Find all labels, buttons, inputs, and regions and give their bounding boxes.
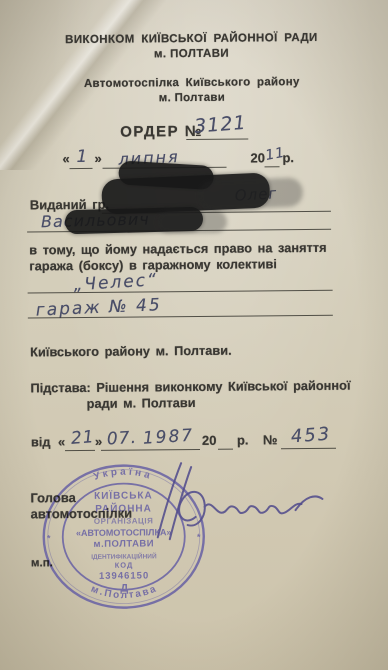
order-number-handwritten: 3121 (193, 112, 247, 138)
signature-stroke-main (179, 491, 302, 526)
stamp-star-left: * (47, 533, 51, 543)
decision-year-suffix: р. (237, 433, 249, 448)
basis-line1: Підстава: Рішення виконкому Київської ра… (30, 378, 350, 396)
decision-number-underline (281, 448, 336, 449)
order-form: ВИКОНКОМ КИЇВСЬКОЇ РАЙОННОЇ РАДИ м. ПОЛТ… (0, 0, 388, 670)
decision-year-handwritten: 1987 (142, 426, 194, 449)
decision-day-underline (65, 450, 95, 451)
decision-blank-underline (218, 449, 233, 450)
document-photo: ВИКОНКОМ КИЇВСЬКОЇ РАЙОННОЇ РАДИ м. ПОЛТ… (0, 0, 388, 670)
signature-stroke-slash1 (157, 463, 182, 537)
redaction-smear-patronymic (157, 211, 227, 234)
stamp-line9: Д (120, 583, 128, 595)
decision-prefix: від (31, 434, 51, 449)
basis-line2: ради м. Полтави (87, 395, 196, 411)
decision-day-handwritten: 21 (70, 427, 95, 449)
union-line1: Автомотоспілка Київського району (0, 75, 386, 90)
date-year-suffix: р. (282, 150, 294, 165)
decision-quote-open: « (58, 434, 65, 449)
order-number-underline (186, 139, 248, 141)
date-day-handwritten: 1 (76, 147, 88, 167)
date-century-printed: 20 (250, 150, 265, 165)
chairman-signature (119, 454, 335, 556)
issuer-line1: ВИКОНКОМ КИЇВСЬКОЇ РАЙОННОЇ РАДИ (0, 31, 385, 46)
stamp-line7: КОД (115, 561, 134, 570)
grant-line1: в тому, що йому надається право на занят… (29, 240, 326, 258)
decision-number-label: № (263, 432, 278, 447)
date-quote-open: « (62, 151, 69, 166)
decision-quote-close: » (95, 434, 102, 449)
decision-month-handwritten: 07. (106, 428, 137, 450)
decision-century-printed: 20 (202, 433, 217, 448)
issuer-line2: м. ПОЛТАВИ (0, 46, 386, 61)
district-line: Київського району м. Полтави. (30, 343, 232, 360)
redaction-smear-name (198, 177, 303, 211)
decision-number-handwritten: 453 (290, 423, 332, 447)
order-label: ОРДЕР № (120, 123, 203, 141)
date-day-underline (70, 168, 93, 169)
decision-date-underline (101, 449, 200, 451)
union-line2: м. Полтави (0, 90, 386, 105)
stamp-id-code: 13946150 (99, 570, 149, 581)
date-quote-close: » (94, 151, 101, 166)
date-year-underline (265, 166, 280, 167)
